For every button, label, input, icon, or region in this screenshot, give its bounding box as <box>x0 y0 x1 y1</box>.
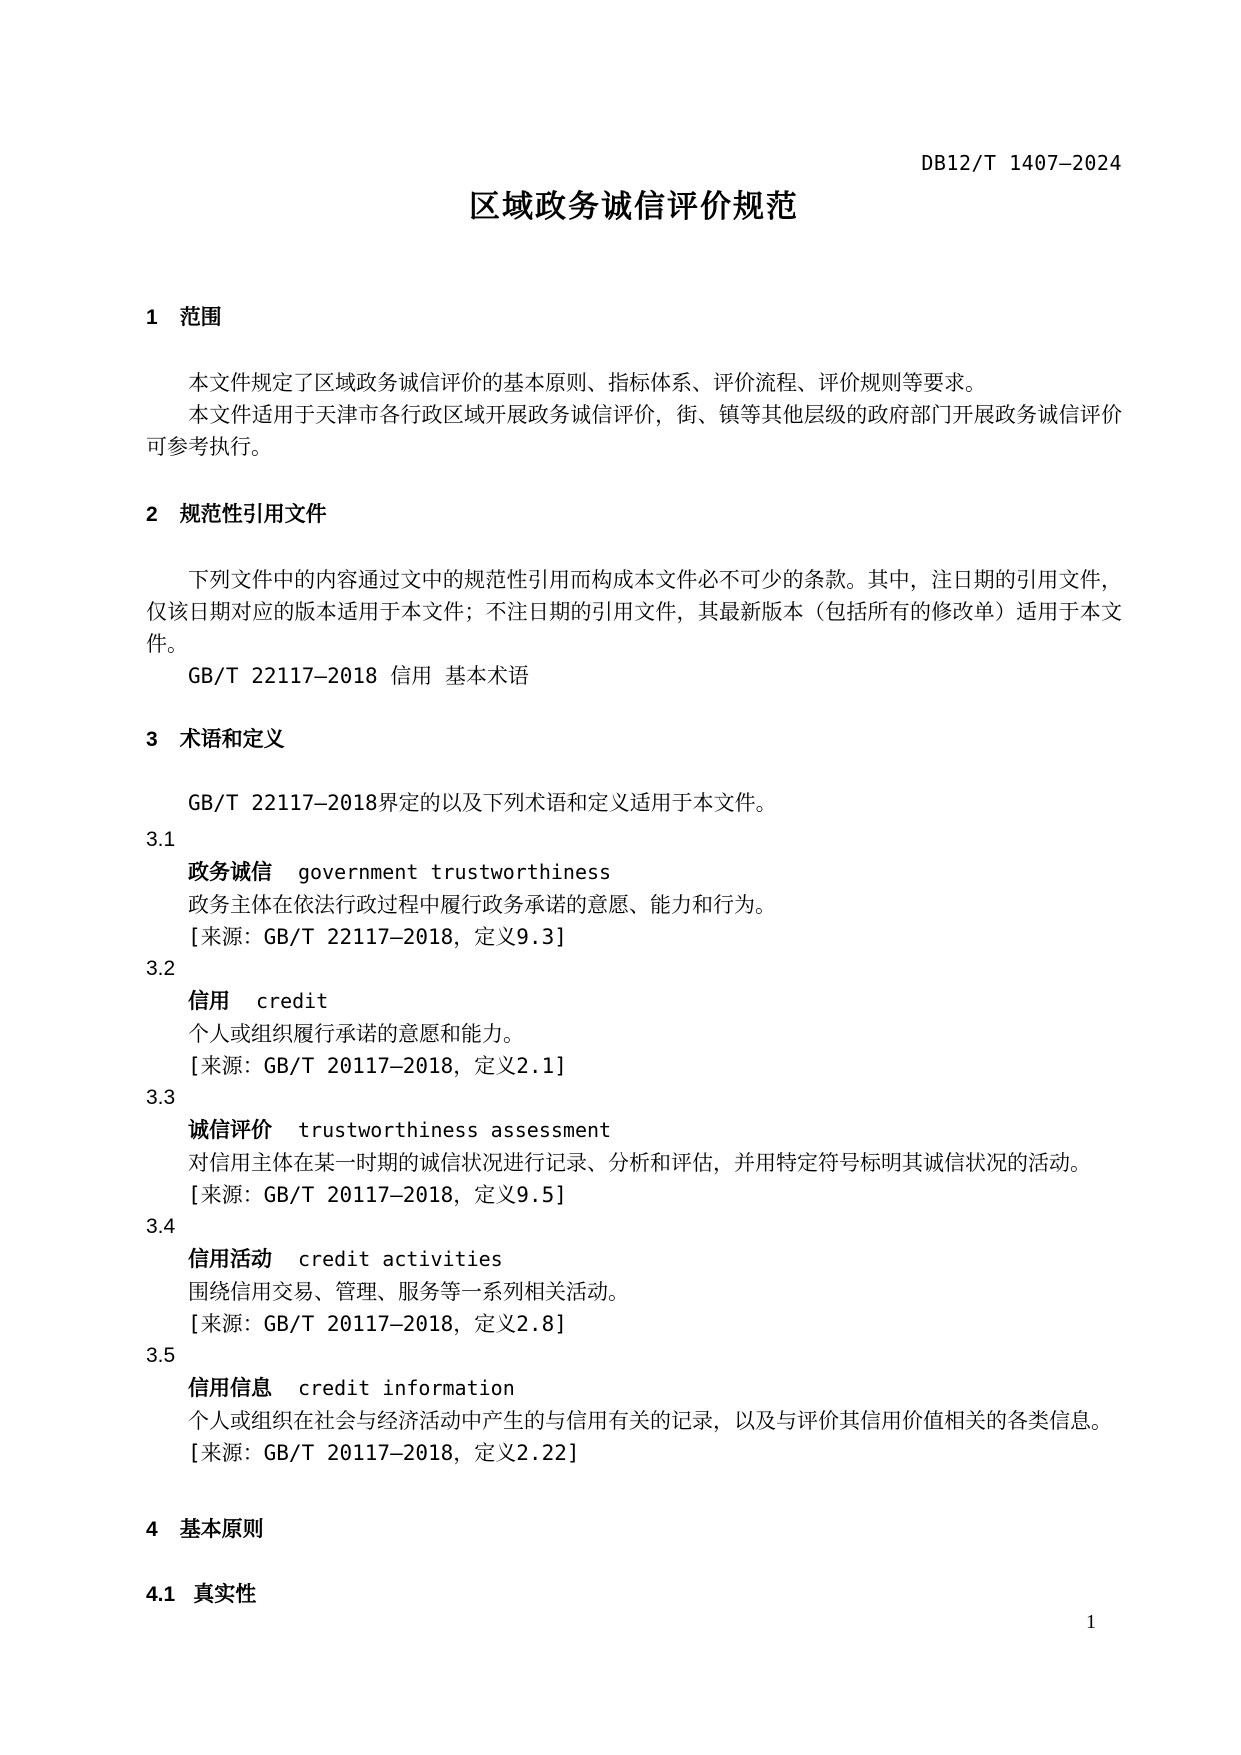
term-definition: 个人或组织履行承诺的意愿和能力。 <box>146 1018 1122 1050</box>
term-en: credit information <box>298 1376 515 1400</box>
scope-paragraph-2: 本文件适用于天津市各行政区域开展政务诚信评价，街、镇等其他层级的政府部门开展政务… <box>146 399 1122 463</box>
section-2-label: 规范性引用文件 <box>180 503 327 526</box>
section-1-number: 1 <box>146 306 158 330</box>
doc-title: 区域政务诚信评价规范 <box>146 189 1122 225</box>
section-1-heading: 1范围 <box>146 306 1122 330</box>
terms-intro: GB/T 22117—2018界定的以及下列术语和定义适用于本文件。 <box>146 787 1122 819</box>
term-source: [来源：GB/T 22117—2018，定义9.3] <box>146 921 1122 953</box>
section-4-label: 基本原则 <box>180 1518 264 1541</box>
normative-refs-paragraph: 下列文件中的内容通过文中的规范性引用而构成本文件必不可少的条款。其中，注日期的引… <box>146 564 1122 660</box>
term-zh: 诚信评价 <box>188 1119 272 1142</box>
clause-4-1-heading: 4.1真实性 <box>146 1583 1122 1607</box>
term-zh: 政务诚信 <box>188 861 272 884</box>
term-3-1-name-line: 政务诚信government trustworthiness <box>146 856 1122 889</box>
section-1-label: 范围 <box>180 306 222 329</box>
section-2-number: 2 <box>146 503 158 527</box>
term-3-3-name-line: 诚信评价trustworthiness assessment <box>146 1114 1122 1147</box>
term-definition: 个人或组织在社会与经济活动中产生的与信用有关的记录，以及与评价其信用价值相关的各… <box>146 1405 1122 1437</box>
document-content: DB12/T 1407—2024 区域政务诚信评价规范 1范围 本文件规定了区域… <box>146 0 1122 1607</box>
term-en: trustworthiness assessment <box>298 1118 611 1142</box>
section-4-heading: 4基本原则 <box>146 1518 1122 1542</box>
term-source: [来源：GB/T 20117—2018，定义2.8] <box>146 1308 1122 1340</box>
term-definition: 政务主体在依法行政过程中履行政务承诺的意愿、能力和行为。 <box>146 889 1122 921</box>
section-3-number: 3 <box>146 728 158 752</box>
term-3-4-name-line: 信用活动credit activities <box>146 1243 1122 1276</box>
clause-4-1-number: 4.1 <box>146 1583 175 1607</box>
term-en: credit activities <box>298 1247 503 1271</box>
term-source: [来源：GB/T 20117—2018，定义9.5] <box>146 1179 1122 1211</box>
document-page: DB12/T 1407—2024 区域政务诚信评价规范 1范围 本文件规定了区域… <box>0 0 1241 1755</box>
section-2-heading: 2规范性引用文件 <box>146 503 1122 527</box>
term-en: government trustworthiness <box>298 860 611 884</box>
term-zh: 信用 <box>188 990 230 1013</box>
clause-4-1-label: 真实性 <box>193 1583 256 1606</box>
section-3-heading: 3术语和定义 <box>146 728 1122 752</box>
term-3-5-number: 3.5 <box>146 1340 1122 1372</box>
page-number: 1 <box>1086 1610 1096 1634</box>
terms-list: 3.1 政务诚信government trustworthiness 政务主体在… <box>146 824 1122 1469</box>
term-definition: 对信用主体在某一时期的诚信状况进行记录、分析和评估，并用特定符号标明其诚信状况的… <box>146 1147 1122 1179</box>
term-3-4-number: 3.4 <box>146 1211 1122 1243</box>
term-definition: 围绕信用交易、管理、服务等一系列相关活动。 <box>146 1276 1122 1308</box>
term-3-5-name-line: 信用信息credit information <box>146 1372 1122 1405</box>
doc-code: DB12/T 1407—2024 <box>146 152 1122 174</box>
normative-ref-item: GB/T 22117—2018 信用 基本术语 <box>146 660 1122 692</box>
term-source: [来源：GB/T 20117—2018，定义2.1] <box>146 1050 1122 1082</box>
scope-paragraph-1: 本文件规定了区域政务诚信评价的基本原则、指标体系、评价流程、评价规则等要求。 <box>146 367 1122 399</box>
term-3-3-number: 3.3 <box>146 1082 1122 1114</box>
term-zh: 信用信息 <box>188 1377 272 1400</box>
section-4-number: 4 <box>146 1518 158 1542</box>
term-3-1-number: 3.1 <box>146 824 1122 856</box>
term-en: credit <box>256 989 328 1013</box>
term-source: [来源：GB/T 20117—2018，定义2.22] <box>146 1437 1122 1469</box>
section-3-label: 术语和定义 <box>180 728 285 751</box>
term-3-2-name-line: 信用credit <box>146 985 1122 1018</box>
term-zh: 信用活动 <box>188 1248 272 1271</box>
term-3-2-number: 3.2 <box>146 953 1122 985</box>
